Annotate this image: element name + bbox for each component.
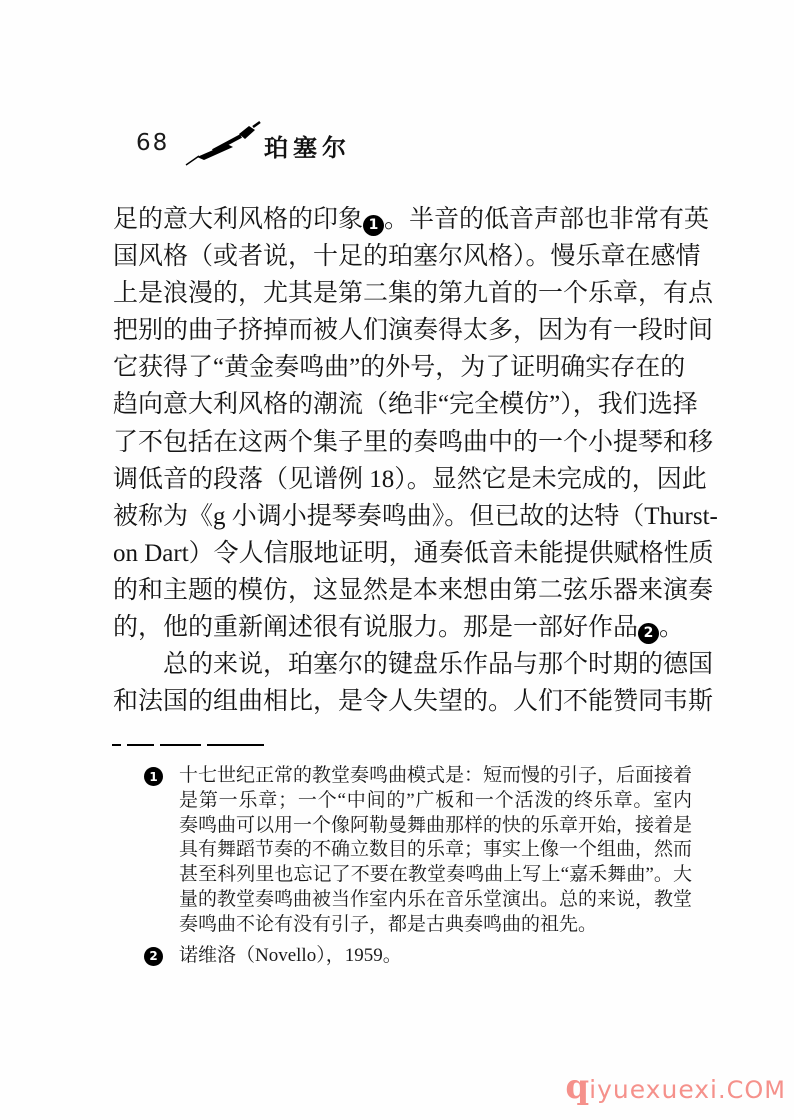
body-line: 总的来说，珀塞尔的键盘乐作品与那个时期的德国 — [113, 646, 685, 683]
footnote-2: 2 诺维洛（Novello），1959。 — [144, 944, 691, 969]
body-line: 被称为《g 小调小提琴奏鸣曲》。但已故的达特（Thurst- — [113, 498, 685, 535]
page-header: 68 珀塞尔 — [0, 126, 794, 166]
body-line-text: 的，他的重新阐述很有说服力。那是一部好作品 — [113, 614, 638, 641]
body-line-text: 足的意大利风格的印象 — [113, 206, 363, 233]
body-line: 把别的曲子挤掉而被人们演奏得太多，因为有一段时间 — [113, 312, 685, 349]
watermark-domain: iyuexuexi — [589, 1075, 718, 1104]
watermark-tld: .COM — [718, 1076, 786, 1104]
footnote-line: 具有舞蹈节奏的不确立数目的乐章；事实上像一个组曲，然而 — [179, 838, 692, 863]
footnote-1-text: 十七世纪正常的教堂奏鸣曲模式是：短而慢的引子，后面接着 是第一乐章；一个“中间的… — [179, 764, 692, 938]
body-line: 的和主题的模仿，这显然是本来想由第二弦乐器来演奏 — [113, 572, 685, 609]
scanned-book-page: 68 珀塞尔 足的意大利风格的印象1。半音的低音声部也非常有英 国风格（或者说，… — [0, 0, 794, 1120]
footnote-2-text: 诺维洛（Novello），1959。 — [179, 944, 691, 969]
footnote-2-marker: 2 — [144, 947, 163, 966]
footnote-line: 甚至科列里也忘记了不要在教堂奏鸣曲上写上“嘉禾舞曲”。大 — [179, 863, 692, 888]
body-line: 国风格（或者说，十足的珀塞尔风格）。慢乐章在感情 — [113, 238, 685, 275]
body-paragraphs: 足的意大利风格的印象1。半音的低音声部也非常有英 国风格（或者说，十足的珀塞尔风… — [113, 201, 685, 720]
body-line: 趋向意大利风格的潮流（绝非“完全模仿”），我们选择 — [113, 386, 685, 423]
watermark-q: q — [565, 1070, 589, 1104]
footnote-line: 十七世纪正常的教堂奏鸣曲模式是：短而慢的引子，后面接着 — [179, 764, 692, 789]
footnotes-section: 1 十七世纪正常的教堂奏鸣曲模式是：短而慢的引子，后面接着 是第一乐章；一个“中… — [144, 764, 691, 968]
book-title: 珀塞尔 — [264, 128, 351, 163]
footnote-divider — [112, 744, 264, 746]
body-line-text: 。半音的低音声部也非常有英 — [384, 206, 709, 233]
watermark: qiyuexuexi.COM — [565, 1070, 786, 1104]
body-line: 和法国的组曲相比，是令人失望的。人们不能赞同韦斯 — [113, 683, 685, 720]
body-line-text: 。 — [659, 614, 684, 641]
page-number: 68 — [136, 130, 169, 156]
divider-segment — [207, 744, 264, 746]
footnote-1-marker: 1 — [144, 767, 163, 786]
body-line: on Dart）令人信服地证明，通奏低音未能提供赋格性质 — [113, 535, 685, 572]
footnote-line: 奏鸣曲不论有没有引子，都是古典奏鸣曲的祖先。 — [179, 913, 692, 938]
body-line: 上是浪漫的，尤其是第二集的第九首的一个乐章，有点 — [113, 275, 685, 312]
footnote-line: 奏鸣曲可以用一个像阿勒曼舞曲那样的快的乐章开始，接着是 — [179, 814, 692, 839]
footnote-line: 量的教堂奏鸣曲被当作室内乐在音乐堂演出。总的来说，教堂 — [179, 888, 692, 913]
footnote-1: 1 十七世纪正常的教堂奏鸣曲模式是：短而慢的引子，后面接着 是第一乐章；一个“中… — [144, 764, 691, 938]
divider-segment — [112, 744, 121, 746]
body-line: 调低音的段落（见谱例 18）。显然它是未完成的，因此 — [113, 461, 685, 498]
footnote-ref-1: 1 — [363, 215, 384, 236]
body-line: 足的意大利风格的印象1。半音的低音声部也非常有英 — [113, 201, 685, 238]
divider-segment — [160, 744, 201, 746]
footnote-line: 诺维洛（Novello），1959。 — [179, 944, 691, 969]
divider-segment — [127, 744, 154, 746]
quill-pen-icon — [183, 118, 263, 175]
body-line: 它获得了“黄金奏鸣曲”的外号，为了证明确实存在的 — [113, 349, 685, 386]
footnote-ref-2: 2 — [638, 623, 659, 644]
footnote-line: 是第一乐章；一个“中间的”广板和一个活泼的终乐章。室内 — [179, 789, 692, 814]
body-line: 了不包括在这两个集子里的奏鸣曲中的一个小提琴和移 — [113, 424, 685, 461]
body-line: 的，他的重新阐述很有说服力。那是一部好作品2。 — [113, 609, 685, 646]
